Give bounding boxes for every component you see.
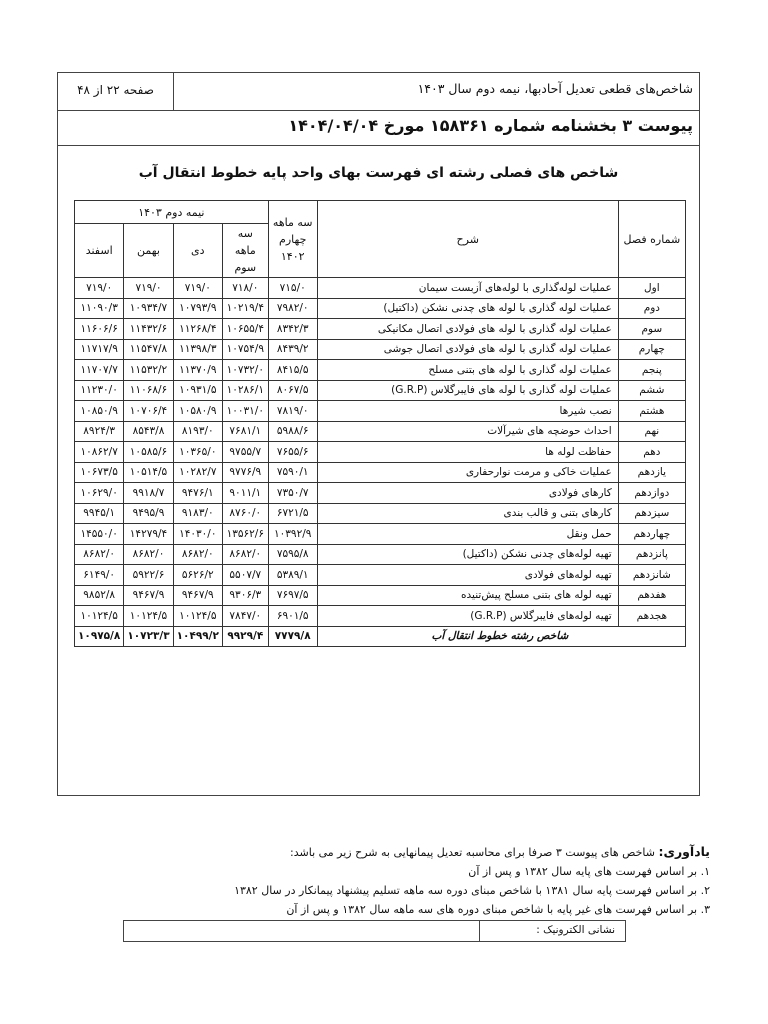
value-cell-dey: ۱۱۳۷۰/۹ xyxy=(173,360,222,381)
value-cell-dey: ۱۰۹۳۱/۵ xyxy=(173,380,222,401)
value-cell-q4_1402: ۶۹۰۱/۵ xyxy=(268,606,317,627)
value-cell-bahman: ۱۰۷۰۶/۴ xyxy=(124,401,173,422)
value-cell-esfand: ۱۰۶۲۹/۰ xyxy=(75,483,124,504)
value-cell-bahman: ۵۹۲۲/۶ xyxy=(124,565,173,586)
total-label: شاخص رشته خطوط انتقال آب xyxy=(317,626,685,647)
description-cell: کارهای فولادی xyxy=(317,483,618,504)
value-cell-q3: ۱۰۲۸۶/۱ xyxy=(222,380,268,401)
table-row: دوازدهمکارهای فولادی۷۳۵۰/۷۹۰۱۱/۱۹۴۷۶/۱۹۹… xyxy=(75,483,686,504)
value-cell-q3: ۱۰۷۳۲/۰ xyxy=(222,360,268,381)
chapter-cell: پنجم xyxy=(618,360,685,381)
value-cell-q3: ۱۳۵۶۲/۶ xyxy=(222,524,268,545)
chapter-cell: یازدهم xyxy=(618,462,685,483)
value-cell-q4_1402: ۷۱۵/۰ xyxy=(268,278,317,299)
description-cell: حفاظت لوله ها xyxy=(317,442,618,463)
value-cell-dey: ۹۴۷۶/۱ xyxy=(173,483,222,504)
chapter-cell: سوم xyxy=(618,319,685,340)
value-cell-q3: ۹۷۷۶/۹ xyxy=(222,462,268,483)
value-cell-dey: ۱۰۵۸۰/۹ xyxy=(173,401,222,422)
table-row: هجدهمتهیه لوله‌های فایبرگلاس (G.R.P)۶۹۰۱… xyxy=(75,606,686,627)
value-cell-esfand: ۹۹۴۵/۱ xyxy=(75,503,124,524)
value-cell-bahman: ۱۴۲۷۹/۴ xyxy=(124,524,173,545)
value-cell-bahman: ۱۰۵۸۵/۶ xyxy=(124,442,173,463)
value-cell-bahman: ۱۱۴۳۲/۶ xyxy=(124,319,173,340)
table-row: یازدهمعملیات خاکی و مرمت نوارحفاری۷۵۹۰/۱… xyxy=(75,462,686,483)
value-cell-bahman: ۱۱۰۶۸/۶ xyxy=(124,380,173,401)
chapter-cell: دوازدهم xyxy=(618,483,685,504)
total-row: شاخص رشته خطوط انتقال آب۷۷۷۹/۸۹۹۲۹/۴۱۰۴۹… xyxy=(75,626,686,647)
notes-lead: یادآوری: xyxy=(658,844,710,859)
value-cell-q3: ۹۷۵۵/۷ xyxy=(222,442,268,463)
header-esfand: اسفند xyxy=(75,224,124,278)
note-item-2: ۲. بر اساس فهرست پایه سال ۱۳۸۱ با شاخص م… xyxy=(110,881,710,900)
chapter-cell: هجدهم xyxy=(618,606,685,627)
description-cell: تهیه لوله‌های فایبرگلاس (G.R.P) xyxy=(317,606,618,627)
description-cell: تهیه لوله‌های فولادی xyxy=(317,565,618,586)
value-cell-esfand: ۱۰۶۷۳/۵ xyxy=(75,462,124,483)
value-cell-q3: ۱۰۶۵۵/۴ xyxy=(222,319,268,340)
value-cell-bahman: ۱۱۵۴۷/۸ xyxy=(124,339,173,360)
value-cell-dey: ۵۶۲۶/۲ xyxy=(173,565,222,586)
chapter-cell: دهم xyxy=(618,442,685,463)
subtitle-row: پیوست ۳ بخشنامه شماره ۱۵۸۳۶۱ مورخ ۱۴۰۴/۰… xyxy=(58,110,699,146)
value-cell-dey: ۸۶۸۲/۰ xyxy=(173,544,222,565)
table-title: شاخص های فصلی رشته ای فهرست بهای واحد پا… xyxy=(58,165,699,181)
notes-intro-line: یادآوری: شاخص های پیوست ۳ صرفا برای محاس… xyxy=(110,842,710,862)
value-cell-q3: ۵۵۰۷/۷ xyxy=(222,565,268,586)
value-cell-q4_1402: ۷۳۵۰/۷ xyxy=(268,483,317,504)
description-cell: کارهای بتنی و قالب بندی xyxy=(317,503,618,524)
value-cell-dey: ۸۱۹۳/۰ xyxy=(173,421,222,442)
value-cell-q4_1402: ۶۷۲۱/۵ xyxy=(268,503,317,524)
header-bahman: بهمن xyxy=(124,224,173,278)
header-chapter-no: شماره فصل xyxy=(618,201,685,278)
value-cell-bahman: ۹۴۶۷/۹ xyxy=(124,585,173,606)
value-cell-q3: ۷۱۸/۰ xyxy=(222,278,268,299)
index-table: شماره فصل شرح سه ماهه چهارم ۱۴۰۲ نیمه دو… xyxy=(74,200,686,647)
value-cell-bahman: ۸۵۴۳/۸ xyxy=(124,421,173,442)
table-row: هشتمنصب شیرها۷۸۱۹/۰۱۰۰۳۱/۰۱۰۵۸۰/۹۱۰۷۰۶/۴… xyxy=(75,401,686,422)
chapter-cell: هشتم xyxy=(618,401,685,422)
value-cell-bahman: ۱۰۹۳۴/۷ xyxy=(124,298,173,319)
value-cell-q4_1402: ۷۸۱۹/۰ xyxy=(268,401,317,422)
value-cell-esfand: ۱۱۶۰۶/۶ xyxy=(75,319,124,340)
document-frame: شاخص‌های قطعی تعدیل آحادبها، نیمه دوم سا… xyxy=(57,72,700,796)
chapter-cell: چهارم xyxy=(618,339,685,360)
value-cell-bahman: ۹۹۱۸/۷ xyxy=(124,483,173,504)
value-cell-esfand: ۱۴۵۵۰/۰ xyxy=(75,524,124,545)
value-cell-q3: ۱۰۰۳۱/۰ xyxy=(222,401,268,422)
description-cell: عملیات خاکی و مرمت نوارحفاری xyxy=(317,462,618,483)
total-cell-q4_1402: ۷۷۷۹/۸ xyxy=(268,626,317,647)
value-cell-esfand: ۷۱۹/۰ xyxy=(75,278,124,299)
description-cell: نصب شیرها xyxy=(317,401,618,422)
chapter-cell: چهاردهم xyxy=(618,524,685,545)
header-group-h2-1403: نیمه دوم ۱۴۰۳ xyxy=(75,201,269,224)
table-row: سومعملیات لوله گذاری با لوله های فولادی … xyxy=(75,319,686,340)
value-cell-esfand: ۱۰۱۲۴/۵ xyxy=(75,606,124,627)
chapter-cell: ششم xyxy=(618,380,685,401)
value-cell-q4_1402: ۸۴۱۵/۵ xyxy=(268,360,317,381)
value-cell-q3: ۹۳۰۶/۳ xyxy=(222,585,268,606)
value-cell-bahman: ۱۰۱۲۴/۵ xyxy=(124,606,173,627)
value-cell-esfand: ۱۱۲۳۰/۰ xyxy=(75,380,124,401)
table-row: چهاردهمحمل ونقل۱۰۳۹۲/۹۱۳۵۶۲/۶۱۴۰۳۰/۰۱۴۲۷… xyxy=(75,524,686,545)
email-label: نشانی الکترونیک : xyxy=(479,921,625,941)
description-cell: عملیات لوله گذاری با لوله های فایبرگلاس … xyxy=(317,380,618,401)
note-item-1: ۱. بر اساس فهرست های پایه سال ۱۳۸۲ و پس … xyxy=(110,862,710,881)
page-number: صفحه ۲۲ از ۴۸ xyxy=(58,73,174,110)
value-cell-bahman: ۹۴۹۵/۹ xyxy=(124,503,173,524)
value-cell-esfand: ۱۰۸۵۰/۹ xyxy=(75,401,124,422)
description-cell: تهیه لوله‌های چدنی نشکن (داکتیل) xyxy=(317,544,618,565)
header-description: شرح xyxy=(317,201,618,278)
value-cell-dey: ۱۰۷۹۳/۹ xyxy=(173,298,222,319)
value-cell-q3: ۹۰۱۱/۱ xyxy=(222,483,268,504)
value-cell-dey: ۷۱۹/۰ xyxy=(173,278,222,299)
table-row: ششمعملیات لوله گذاری با لوله های فایبرگل… xyxy=(75,380,686,401)
description-cell: عملیات لوله گذاری با لوله های بتنی مسلح xyxy=(317,360,618,381)
table-row: نهماحداث حوضچه های شیرآلات۵۹۸۸/۶۷۶۸۱/۱۸۱… xyxy=(75,421,686,442)
chapter-cell: سیزدهم xyxy=(618,503,685,524)
value-cell-q3: ۱۰۲۱۹/۴ xyxy=(222,298,268,319)
value-cell-dey: ۱۴۰۳۰/۰ xyxy=(173,524,222,545)
value-cell-q4_1402: ۷۶۵۵/۶ xyxy=(268,442,317,463)
value-cell-q4_1402: ۷۵۹۰/۱ xyxy=(268,462,317,483)
value-cell-dey: ۱۰۱۲۴/۵ xyxy=(173,606,222,627)
value-cell-q4_1402: ۵۹۸۸/۶ xyxy=(268,421,317,442)
value-cell-dey: ۹۱۸۳/۰ xyxy=(173,503,222,524)
total-cell-q3: ۹۹۲۹/۴ xyxy=(222,626,268,647)
document-subtitle: پیوست ۳ بخشنامه شماره ۱۵۸۳۶۱ مورخ ۱۴۰۴/۰… xyxy=(288,116,693,135)
table-row: پنجمعملیات لوله گذاری با لوله های بتنی م… xyxy=(75,360,686,381)
value-cell-q3: ۷۶۸۱/۱ xyxy=(222,421,268,442)
chapter-cell: شانزدهم xyxy=(618,565,685,586)
value-cell-esfand: ۱۱۰۹۰/۳ xyxy=(75,298,124,319)
header-row: شاخص‌های قطعی تعدیل آحادبها، نیمه دوم سا… xyxy=(58,73,699,111)
value-cell-q4_1402: ۸۳۴۲/۳ xyxy=(268,319,317,340)
notes-intro: شاخص های پیوست ۳ صرفا برای محاسبه تعدیل … xyxy=(290,846,658,859)
header-q4-1402: سه ماهه چهارم ۱۴۰۲ xyxy=(268,201,317,278)
value-cell-q4_1402: ۱۰۳۹۲/۹ xyxy=(268,524,317,545)
note-item-3: ۳. بر اساس فهرست های غیر پایه با شاخص مب… xyxy=(110,900,710,919)
table-row: اولعملیات لوله‌گذاری با لوله‌های آزبست س… xyxy=(75,278,686,299)
value-cell-dey: ۱۰۳۶۵/۰ xyxy=(173,442,222,463)
value-cell-q3: ۱۰۷۵۴/۹ xyxy=(222,339,268,360)
value-cell-dey: ۹۴۶۷/۹ xyxy=(173,585,222,606)
chapter-cell: هفدهم xyxy=(618,585,685,606)
value-cell-q4_1402: ۸۰۶۷/۵ xyxy=(268,380,317,401)
value-cell-esfand: ۱۱۷۱۷/۹ xyxy=(75,339,124,360)
value-cell-q4_1402: ۸۴۳۹/۲ xyxy=(268,339,317,360)
description-cell: عملیات لوله‌گذاری با لوله‌های آزبست سیما… xyxy=(317,278,618,299)
chapter-cell: نهم xyxy=(618,421,685,442)
chapter-cell: اول xyxy=(618,278,685,299)
value-cell-q3: ۸۶۸۲/۰ xyxy=(222,544,268,565)
description-cell: عملیات لوله گذاری با لوله های فولادی اتص… xyxy=(317,339,618,360)
value-cell-esfand: ۶۱۴۹/۰ xyxy=(75,565,124,586)
value-cell-q3: ۸۷۶۰/۰ xyxy=(222,503,268,524)
value-cell-esfand: ۹۸۵۲/۸ xyxy=(75,585,124,606)
table-row: پانزدهمتهیه لوله‌های چدنی نشکن (داکتیل)۷… xyxy=(75,544,686,565)
table-row: هفدهمتهیه لوله های بتنی مسلح پیش‌تنیده۷۶… xyxy=(75,585,686,606)
table-row: دهمحفاظت لوله ها۷۶۵۵/۶۹۷۵۵/۷۱۰۳۶۵/۰۱۰۵۸۵… xyxy=(75,442,686,463)
value-cell-dey: ۱۱۳۹۸/۳ xyxy=(173,339,222,360)
total-cell-esfand: ۱۰۹۷۵/۸ xyxy=(75,626,124,647)
value-cell-bahman: ۱۰۵۱۴/۵ xyxy=(124,462,173,483)
value-cell-q4_1402: ۷۹۸۲/۰ xyxy=(268,298,317,319)
value-cell-q4_1402: ۷۶۹۷/۵ xyxy=(268,585,317,606)
value-cell-bahman: ۱۱۵۳۲/۲ xyxy=(124,360,173,381)
value-cell-q3: ۷۸۴۷/۰ xyxy=(222,606,268,627)
value-cell-esfand: ۱۱۷۰۷/۷ xyxy=(75,360,124,381)
chapter-cell: پانزدهم xyxy=(618,544,685,565)
table-row: دومعملیات لوله گذاری با لوله های چدنی نش… xyxy=(75,298,686,319)
value-cell-dey: ۱۰۲۸۲/۷ xyxy=(173,462,222,483)
total-cell-bahman: ۱۰۷۲۳/۳ xyxy=(124,626,173,647)
value-cell-bahman: ۷۱۹/۰ xyxy=(124,278,173,299)
value-cell-q4_1402: ۵۳۸۹/۱ xyxy=(268,565,317,586)
table-row: شانزدهمتهیه لوله‌های فولادی۵۳۸۹/۱۵۵۰۷/۷۵… xyxy=(75,565,686,586)
email-box: نشانی الکترونیک : xyxy=(123,920,626,942)
table-row: چهارمعملیات لوله گذاری با لوله های فولاد… xyxy=(75,339,686,360)
description-cell: عملیات لوله گذاری با لوله های چدنی نشکن … xyxy=(317,298,618,319)
value-cell-bahman: ۸۶۸۲/۰ xyxy=(124,544,173,565)
value-cell-esfand: ۸۹۲۴/۳ xyxy=(75,421,124,442)
document-title: شاخص‌های قطعی تعدیل آحادبها، نیمه دوم سا… xyxy=(418,81,693,96)
description-cell: حمل ونقل xyxy=(317,524,618,545)
description-cell: تهیه لوله های بتنی مسلح پیش‌تنیده xyxy=(317,585,618,606)
value-cell-esfand: ۱۰۸۶۲/۷ xyxy=(75,442,124,463)
header-q3: سه ماهه سوم xyxy=(222,224,268,278)
notes-section: یادآوری: شاخص های پیوست ۳ صرفا برای محاس… xyxy=(110,842,710,919)
header-dey: دی xyxy=(173,224,222,278)
value-cell-esfand: ۸۶۸۲/۰ xyxy=(75,544,124,565)
value-cell-dey: ۱۱۲۶۸/۴ xyxy=(173,319,222,340)
value-cell-q4_1402: ۷۵۹۵/۸ xyxy=(268,544,317,565)
total-cell-dey: ۱۰۴۹۹/۲ xyxy=(173,626,222,647)
description-cell: احداث حوضچه های شیرآلات xyxy=(317,421,618,442)
chapter-cell: دوم xyxy=(618,298,685,319)
description-cell: عملیات لوله گذاری با لوله های فولادی اتص… xyxy=(317,319,618,340)
table-row: سیزدهمکارهای بتنی و قالب بندی۶۷۲۱/۵۸۷۶۰/… xyxy=(75,503,686,524)
